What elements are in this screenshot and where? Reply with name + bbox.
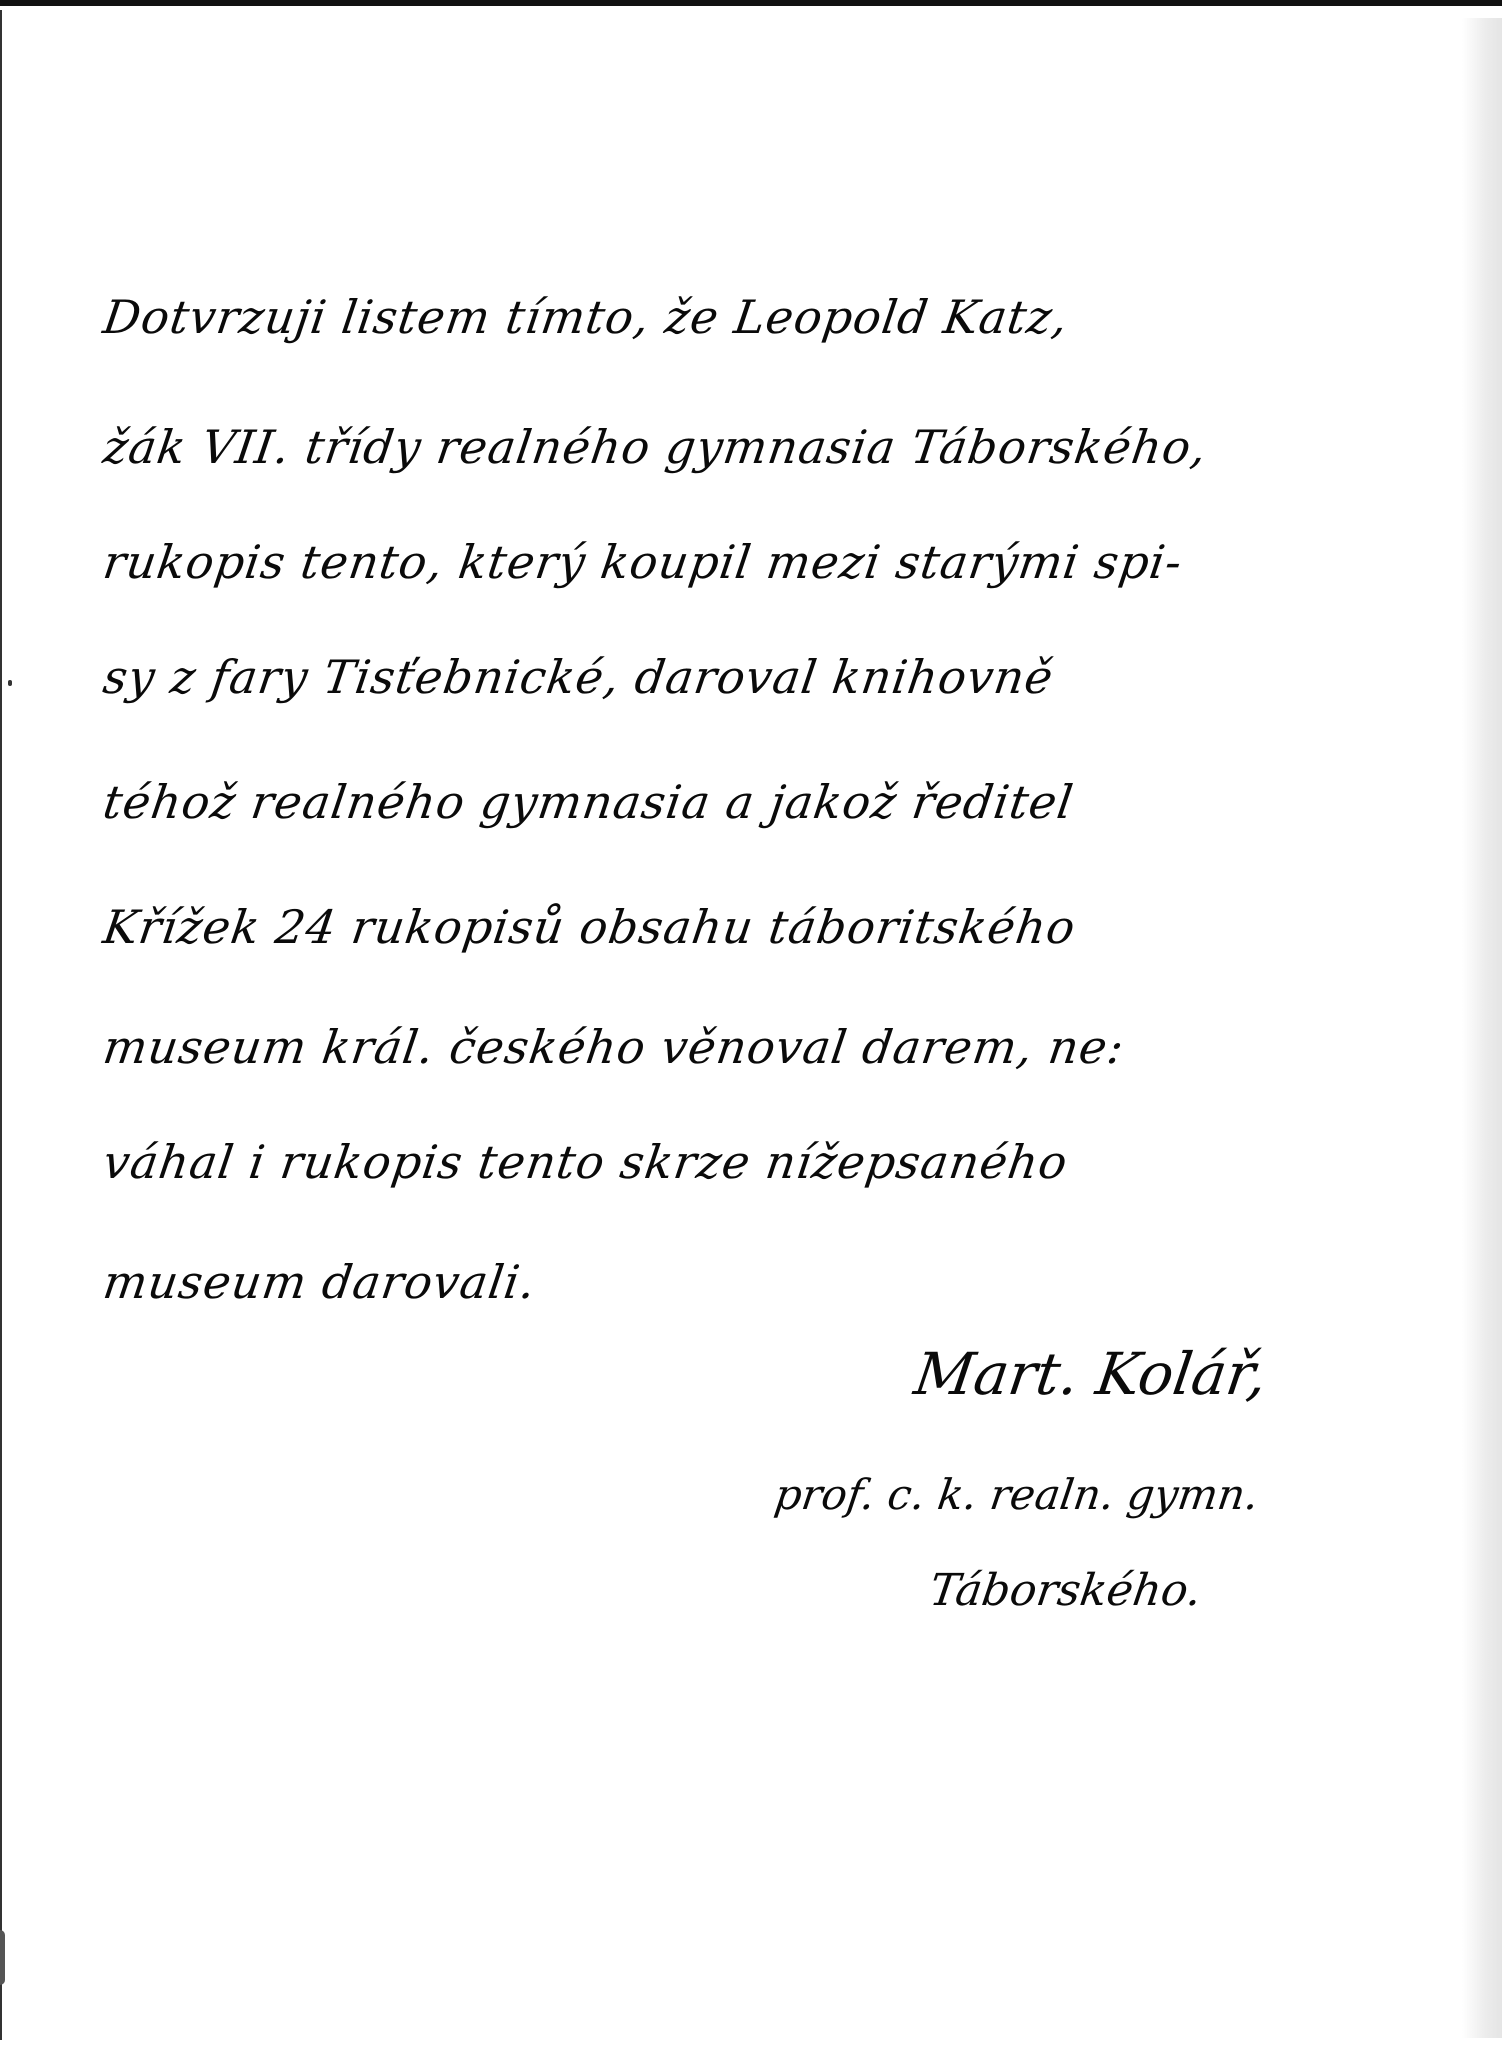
body-line-7: museum král. českého věnoval darem, ne: xyxy=(100,1020,1128,1074)
body-line-1: Dotvrzuji listem tímto, že Leopold Katz, xyxy=(100,290,1072,344)
signature-place: Táborského. xyxy=(926,1565,1204,1616)
body-line-5: téhož realného gymnasia a jakož ředitel xyxy=(100,775,1077,829)
body-line-8: váhal i rukopis tento skrze nížepsaného xyxy=(100,1135,1071,1189)
signature-title: prof. c. k. realn. gymn. xyxy=(772,1470,1262,1519)
body-line-9: museum darovali. xyxy=(100,1255,540,1309)
handwritten-page: Dotvrzuji listem tímto, že Leopold Katz,… xyxy=(0,0,1502,2048)
body-line-4: sy z fary Tisťebnické, daroval knihovně xyxy=(100,650,1057,704)
signature-name: Mart. Kolář, xyxy=(910,1340,1271,1408)
body-line-6: Křížek 24 rukopisů obsahu táboritského xyxy=(100,900,1079,954)
body-line-3: rukopis tento, který koupil mezi starými… xyxy=(100,535,1186,589)
body-line-2: žák VII. třídy realného gymnasia Táborsk… xyxy=(100,420,1211,474)
